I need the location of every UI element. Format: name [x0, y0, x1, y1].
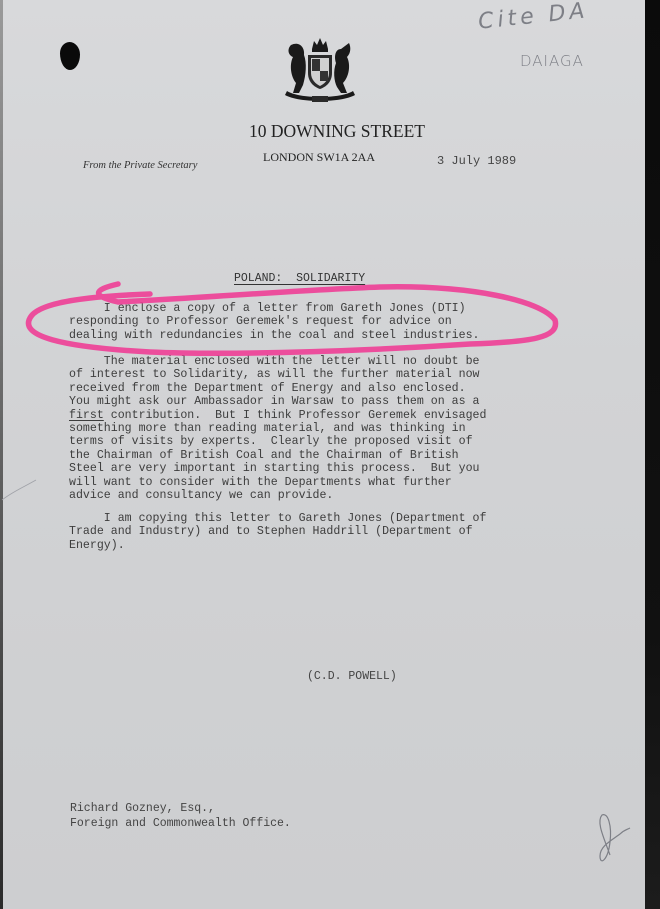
- text-line: The material enclosed with the letter wi…: [69, 355, 486, 368]
- paragraph-1: I enclose a copy of a letter from Gareth…: [69, 302, 480, 342]
- text-line: will want to consider with the Departmen…: [69, 476, 486, 489]
- text-line: advice and consultancy we can provide.: [69, 489, 486, 502]
- text-line: first contribution. But I think Professo…: [69, 409, 486, 422]
- text-line: Trade and Industry) and to Stephen Haddr…: [69, 525, 486, 538]
- paragraph-3: I am copying this letter to Gareth Jones…: [69, 512, 486, 552]
- text-line: Energy).: [69, 539, 486, 552]
- text-line: something more than reading material, an…: [69, 422, 486, 435]
- text-line: I enclose a copy of a letter from Gareth…: [69, 302, 480, 315]
- royal-coat-of-arms-icon: [279, 35, 361, 105]
- letter-subject: POLAND: SOLIDARITY: [234, 272, 365, 285]
- text-line: You might ask our Ambassador in Warsaw t…: [69, 395, 486, 408]
- text-line: terms of visits by experts. Clearly the …: [69, 435, 486, 448]
- underlined-word: first: [69, 409, 104, 422]
- text-line: responding to Professor Geremek's reques…: [69, 315, 480, 328]
- text-line: dealing with redundancies in the coal an…: [69, 329, 480, 342]
- text-line: received from the Department of Energy a…: [69, 382, 486, 395]
- recipient-address: Richard Gozney, Esq.,Foreign and Commonw…: [70, 801, 291, 831]
- text-line: Steel are very important in starting thi…: [69, 462, 486, 475]
- text-line: the Chairman of British Coal and the Cha…: [69, 449, 486, 462]
- paragraph-2: The material enclosed with the letter wi…: [69, 355, 486, 502]
- recipient-line: Richard Gozney, Esq.,: [70, 801, 291, 816]
- recipient-line: Foreign and Commonwealth Office.: [70, 816, 291, 831]
- from-private-secretary: From the Private Secretary: [83, 160, 197, 171]
- signature-block: (C.D. POWELL): [307, 670, 397, 683]
- handwritten-reference: DAIAGA: [520, 52, 584, 70]
- letter-date: 3 July 1989: [437, 154, 516, 168]
- letterhead-address: LONDON SW1A 2AA: [263, 150, 375, 165]
- letterhead-title: 10 DOWNING STREET: [0, 121, 660, 142]
- text-line: of interest to Solidarity, as will the f…: [69, 368, 486, 381]
- text-line: I am copying this letter to Gareth Jones…: [69, 512, 486, 525]
